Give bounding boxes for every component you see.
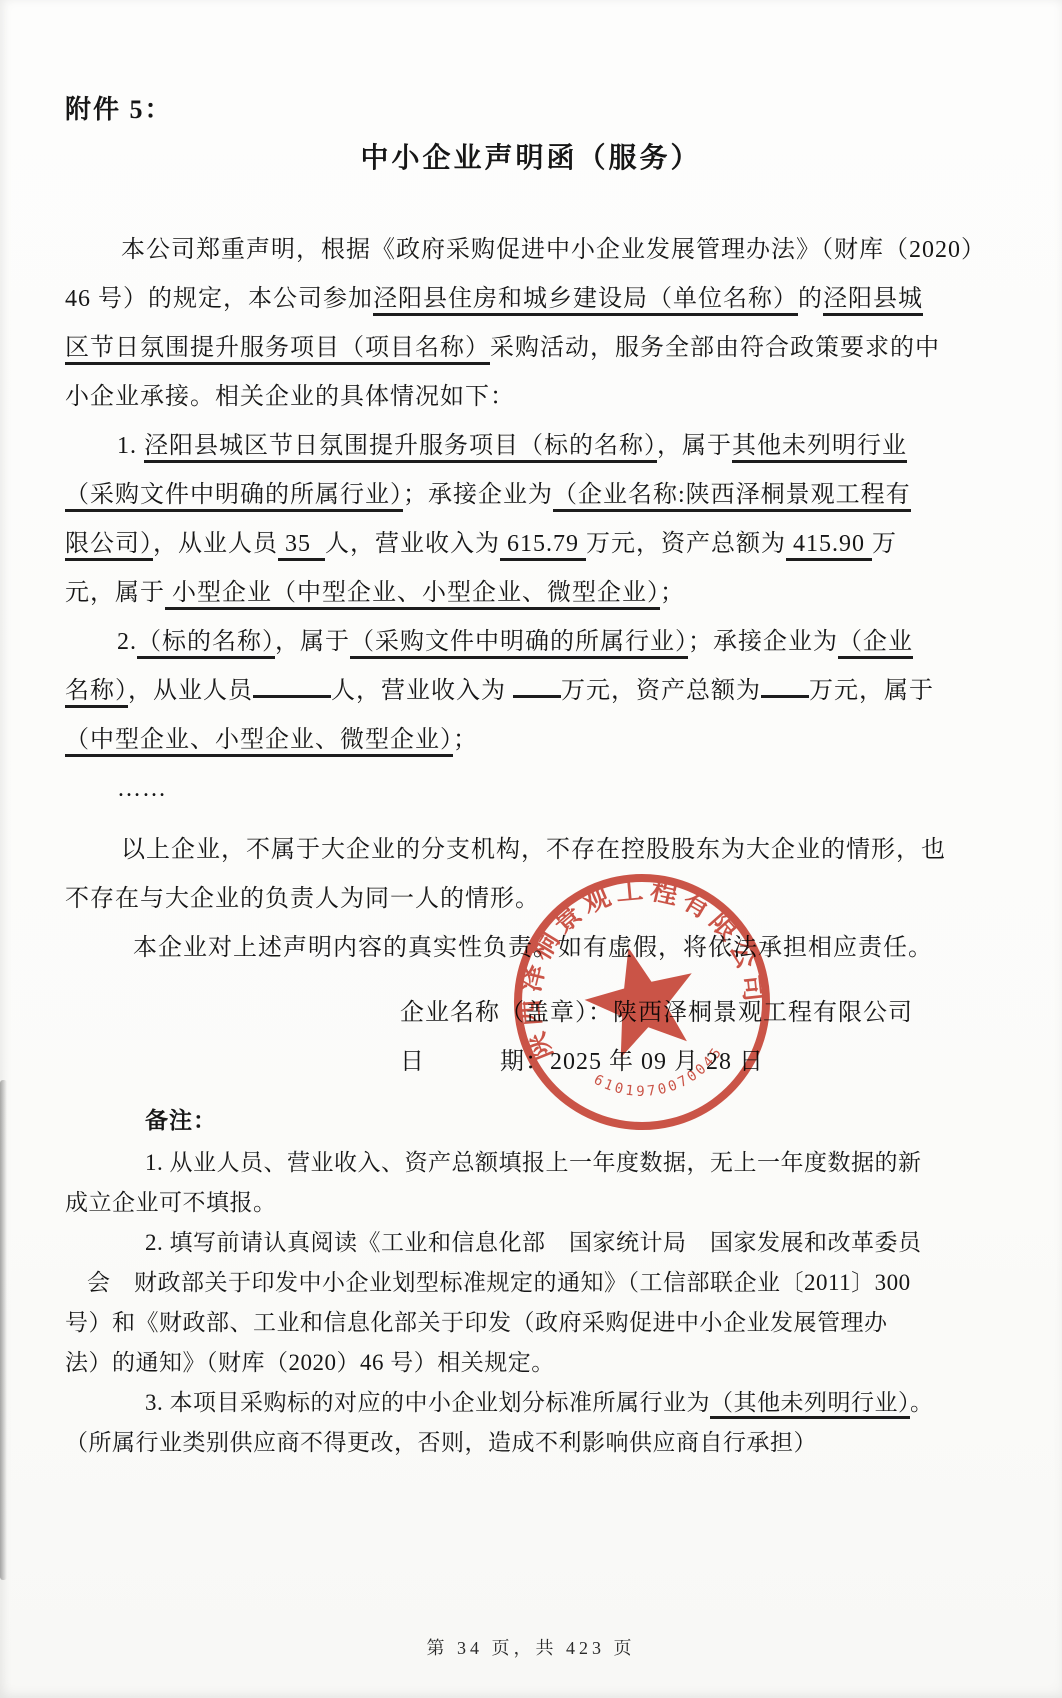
static-text: 1. — [117, 433, 144, 459]
item1-line-3: 限公司），从业人员 35 人，营业收入为 615.79 万元，资产总额为 415… — [65, 520, 997, 569]
static-text: 法）的通知》（财库（2020）46 号）相关规定。 — [65, 1350, 555, 1375]
item2-line-2: 名称），从业人员人，营业收入为 万元，资产总额为万元，属于 — [65, 667, 997, 716]
remark2-line-4: 法）的通知》（财库（2020）46 号）相关规定。 — [65, 1343, 997, 1383]
filled-in-value: 泾阳县住房和城乡建设局（单位名称） — [373, 286, 798, 316]
static-text: 采购活动，服务全部由符合政策要求的中 — [490, 335, 940, 361]
responsibility-line: 本企业对上述声明内容的真实性负责。如有虚假，将依法承担相应责任。 — [65, 924, 997, 973]
ellipsis-line: …… — [65, 765, 997, 814]
filled-in-value: 415.90 — [786, 531, 872, 561]
filled-in-value — [513, 671, 561, 698]
remark3-line-2: （所属行业类别供应商不得更改，否则，造成不利影响供应商自行承担） — [65, 1423, 997, 1463]
static-text: 日 期：2025 年 09 月 28 日 — [400, 1049, 764, 1075]
remark2-line-1: 2. 填写前请认真阅读《工业和信息化部 国家统计局 国家发展和改革委员 — [145, 1223, 997, 1263]
static-text: ； — [660, 580, 685, 606]
remarks-heading: 备注： — [145, 1099, 997, 1143]
static-text: ； — [453, 727, 478, 753]
static-text: 备注： — [145, 1108, 217, 1133]
filled-in-value — [253, 671, 331, 698]
static-text: 万元，资产总额为 — [561, 678, 761, 704]
static-text: 号）和《财政部、工业和信息化部关于印发（政府采购促进中小企业发展管理办 — [65, 1310, 888, 1335]
item2-line-1: 2.（标的名称），属于（采购文件中明确的所属行业）；承接企业为（企业 — [65, 618, 997, 667]
filled-in-value: 35 — [278, 531, 325, 561]
signature-date-line: 日 期：2025 年 09 月 28 日 — [400, 1038, 997, 1087]
static-text: 企业名称（盖章）：陕西泽桐景观工程有限公司 — [400, 1000, 913, 1026]
static-text: 元，属于 — [65, 580, 165, 606]
item1-line-4: 元，属于 小型企业（中型企业、小型企业、微型企业）； — [65, 569, 997, 618]
static-text: （所属行业类别供应商不得更改，否则，造成不利影响供应商自行承担） — [65, 1430, 817, 1455]
static-text: 不存在与大企业的负责人为同一人的情形。 — [65, 886, 540, 912]
static-text: 的 — [798, 286, 823, 312]
attachment-label: 附件 5： — [65, 92, 997, 128]
filled-in-value: （标的名称） — [137, 629, 275, 659]
static-text: 万元，属于 — [809, 678, 934, 704]
filled-in-value: （企业 — [838, 629, 913, 659]
item2-line-3: （中型企业、小型企业、微型企业）； — [65, 716, 997, 765]
static-text: …… — [117, 776, 167, 802]
filled-in-value: （中型企业、小型企业、微型企业） — [65, 727, 453, 757]
remark1-line-2: 成立企业可不填报。 — [65, 1183, 997, 1223]
static-text: ，属于 — [657, 433, 732, 459]
intro-line-4: 小企业承接。相关企业的具体情况如下： — [65, 373, 997, 422]
static-text: 。 — [910, 1390, 934, 1415]
item1-line-1: 1. 泾阳县城区节日氛围提升服务项目（标的名称），属于其他未列明行业 — [65, 422, 997, 471]
static-text: 人，营业收入为 — [325, 531, 500, 557]
static-text: 万元，资产总额为 — [586, 531, 786, 557]
filled-in-value: （企业名称:陕西泽桐景观工程有 — [553, 482, 911, 512]
remark2-line-2: 会 财政部关于印发中小企业划型标准规定的通知》（工信部联企业〔2011〕300 — [87, 1263, 997, 1303]
static-text: 成立企业可不填报。 — [65, 1190, 277, 1215]
static-text: ，从业人员 — [128, 678, 253, 704]
static-text: 本企业对上述声明内容的真实性负责。如有虚假，将依法承担相应责任。 — [133, 935, 933, 961]
filled-in-value: 限公司） — [65, 531, 153, 561]
filled-in-value: 区节日氛围提升服务项目（项目名称） — [65, 335, 490, 365]
static-text: 1. 从业人员、营业收入、资产总额填报上一年度数据，无上一年度数据的新 — [145, 1150, 922, 1175]
doc-title: 中小企业声明函（服务） — [65, 136, 997, 182]
remark3-line-1: 3. 本项目采购标的对应的中小企业划分标准所属行业为（其他未列明行业）。 — [145, 1383, 997, 1423]
static-text: ；承接企业为 — [688, 629, 838, 655]
static-text: 2. 填写前请认真阅读《工业和信息化部 国家统计局 国家发展和改革委员 — [145, 1230, 922, 1255]
closing-line-2: 不存在与大企业的负责人为同一人的情形。 — [65, 875, 997, 924]
static-text: ，属于 — [275, 629, 350, 655]
item1-line-2: （采购文件中明确的所属行业）；承接企业为（企业名称:陕西泽桐景观工程有 — [65, 471, 997, 520]
intro-line-2: 46 号）的规定，本公司参加泾阳县住房和城乡建设局（单位名称）的泾阳县城 — [65, 275, 997, 324]
static-text: 中小企业声明函（服务） — [360, 143, 701, 174]
signature-company-line: 企业名称（盖章）：陕西泽桐景观工程有限公司 — [400, 989, 997, 1038]
filled-in-value: （采购文件中明确的所属行业） — [65, 482, 403, 512]
remark2-line-3: 号）和《财政部、工业和信息化部关于印发（政府采购促进中小企业发展管理办 — [65, 1303, 997, 1343]
filled-in-value: 泾阳县城 — [823, 286, 923, 316]
remark1-line-1: 1. 从业人员、营业收入、资产总额填报上一年度数据，无上一年度数据的新 — [145, 1143, 997, 1183]
filled-in-value: 小型企业（中型企业、小型企业、微型企业） — [165, 580, 660, 610]
static-text: 小企业承接。相关企业的具体情况如下： — [65, 384, 515, 410]
filled-in-value: 泾阳县城区节日氛围提升服务项目（标的名称） — [144, 433, 657, 463]
filled-in-value: 615.79 — [500, 531, 586, 561]
closing-line-1: 以上企业，不属于大企业的分支机构，不存在控股股东为大企业的情形，也 — [65, 826, 997, 875]
filled-in-value: （采购文件中明确的所属行业） — [350, 629, 688, 659]
page-footer: 第 34 页，共 423 页 — [0, 1634, 1062, 1660]
intro-line-3: 区节日氛围提升服务项目（项目名称）采购活动，服务全部由符合政策要求的中 — [65, 324, 997, 373]
document-page: 附件 5：中小企业声明函（服务）本公司郑重声明，根据《政府采购促进中小企业发展管… — [0, 0, 1062, 1698]
intro-line-1: 本公司郑重声明，根据《政府采购促进中小企业发展管理办法》（财库（2020） — [65, 226, 997, 275]
filled-in-value: （其他未列明行业） — [710, 1390, 910, 1419]
static-text: 以上企业，不属于大企业的分支机构，不存在控股股东为大企业的情形，也 — [121, 837, 946, 863]
static-text: 人，营业收入为 — [331, 678, 513, 704]
static-text: 本公司郑重声明，根据《政府采购促进中小企业发展管理办法》（财库（2020） — [121, 237, 986, 263]
static-text: 会 财政部关于印发中小企业划型标准规定的通知》（工信部联企业〔2011〕300 — [87, 1270, 911, 1295]
filled-in-value — [761, 671, 809, 698]
static-text: ，从业人员 — [153, 531, 278, 557]
document-body: 附件 5：中小企业声明函（服务）本公司郑重声明，根据《政府采购促进中小企业发展管… — [0, 0, 1062, 1463]
static-text: 3. 本项目采购标的对应的中小企业划分标准所属行业为 — [145, 1390, 710, 1415]
static-text: ；承接企业为 — [403, 482, 553, 508]
filled-in-value: 其他未列明行业 — [732, 433, 907, 463]
static-text: 万 — [872, 531, 897, 557]
static-text: 2. — [117, 629, 137, 655]
filled-in-value: 名称） — [65, 678, 128, 708]
static-text: 附件 5： — [65, 95, 173, 124]
static-text: 46 号）的规定，本公司参加 — [65, 286, 373, 312]
